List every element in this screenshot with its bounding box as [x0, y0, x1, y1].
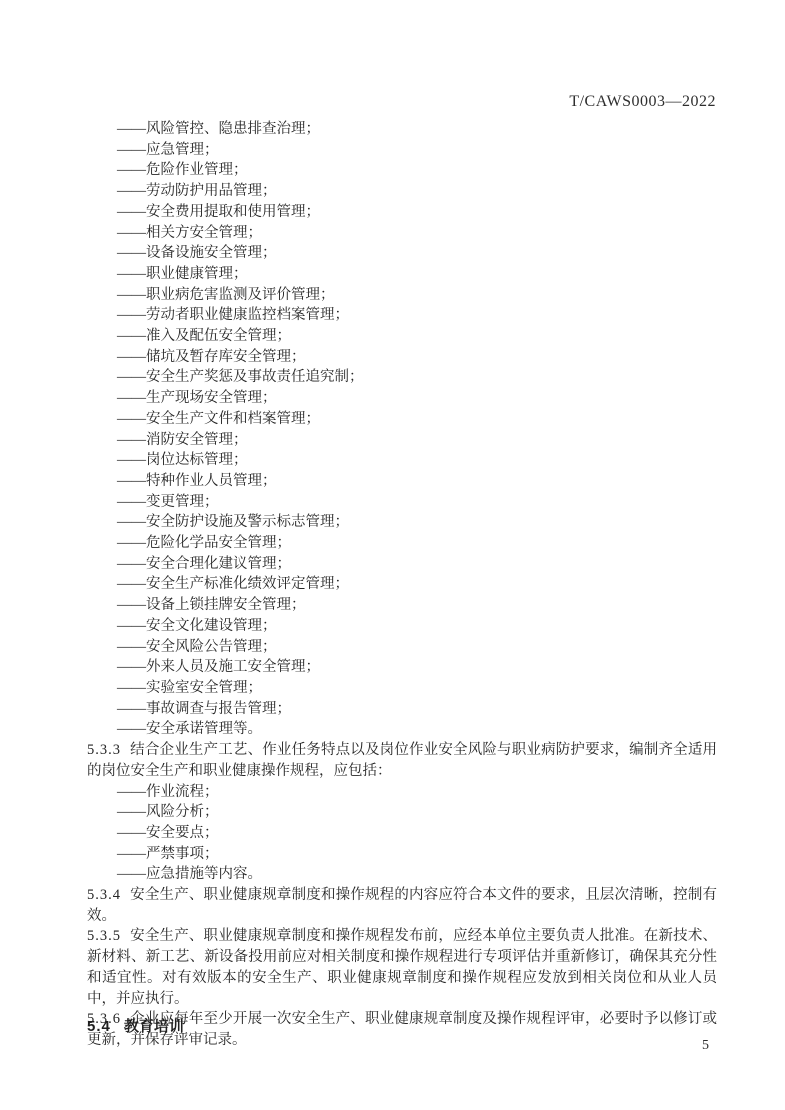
clause-5-3-3: 5.3.3结合企业生产工艺、作业任务特点以及岗位作业安全风险与职业病防护要求，编… [87, 740, 717, 781]
list-item: ——安全合理化建议管理； [87, 554, 717, 575]
document-code-header: T/CAWS0003—2022 [569, 93, 716, 111]
list-item: ——实验室安全管理； [87, 678, 717, 699]
list-item: ——安全要点； [87, 823, 717, 844]
clause-text: 结合企业生产工艺、作业任务特点以及岗位作业安全风险与职业病防护要求，编制齐全适用… [87, 742, 717, 779]
section-number: 5.4 [87, 1018, 111, 1035]
list-item: ——作业流程； [87, 782, 717, 803]
list-item: ——危险化学品安全管理； [87, 533, 717, 554]
list-item: ——风险管控、隐患排查治理； [87, 119, 717, 140]
list-item: ——危险作业管理； [87, 160, 717, 181]
list-item: ——特种作业人员管理； [87, 471, 717, 492]
list-item: ——安全费用提取和使用管理； [87, 202, 717, 223]
list-item: ——消防安全管理； [87, 430, 717, 451]
list-item: ——相关方安全管理； [87, 223, 717, 244]
list-item: ——外来人员及施工安全管理； [87, 657, 717, 678]
clause-number: 5.3.4 [87, 887, 121, 903]
clause-text: 安全生产、职业健康规章制度和操作规程的内容应符合本文件的要求，且层次清晰，控制有… [87, 887, 717, 924]
list-item: ——职业病危害监测及评价管理； [87, 285, 717, 306]
section-title: 教育培训 [124, 1018, 184, 1035]
document-body: ——风险管控、隐患排查治理；——应急管理；——危险作业管理；——劳动防护用品管理… [87, 119, 717, 1051]
list-item: ——劳动防护用品管理； [87, 181, 717, 202]
list-item: ——生产现场安全管理； [87, 388, 717, 409]
management-system-clause-list: ——风险管控、隐患排查治理；——应急管理；——危险作业管理；——劳动防护用品管理… [87, 119, 717, 740]
list-item: ——设备上锁挂牌安全管理； [87, 595, 717, 616]
page-number: 5 [702, 1038, 709, 1054]
list-item: ——劳动者职业健康监控档案管理； [87, 305, 717, 326]
operating-procedure-list: ——作业流程；——风险分析；——安全要点；——严禁事项；——应急措施等内容。 [87, 782, 717, 886]
list-item: ——安全承诺管理等。 [87, 719, 717, 740]
list-item: ——安全生产奖惩及事故责任追究制； [87, 367, 717, 388]
clause-5-3-4: 5.3.4安全生产、职业健康规章制度和操作规程的内容应符合本文件的要求，且层次清… [87, 885, 717, 926]
clause-number: 5.3.3 [87, 742, 121, 758]
list-item: ——应急措施等内容。 [87, 864, 717, 885]
list-item: ——安全文化建设管理； [87, 616, 717, 637]
document-page: T/CAWS0003—2022 ——风险管控、隐患排查治理；——应急管理；——危… [0, 0, 785, 1110]
list-item: ——安全风险公告管理； [87, 637, 717, 658]
list-item: ——设备设施安全管理； [87, 243, 717, 264]
list-item: ——安全生产文件和档案管理； [87, 409, 717, 430]
list-item: ——安全防护设施及警示标志管理； [87, 512, 717, 533]
list-item: ——职业健康管理； [87, 264, 717, 285]
list-item: ——储坑及暂存库安全管理； [87, 347, 717, 368]
clause-5-3-5: 5.3.5安全生产、职业健康规章制度和操作规程发布前，应经本单位主要负责人批准。… [87, 926, 717, 1009]
section-heading-5-4: 5.4教育培训 [87, 1015, 184, 1036]
list-item: ——风险分析； [87, 802, 717, 823]
list-item: ——岗位达标管理； [87, 450, 717, 471]
list-item: ——事故调查与报告管理； [87, 699, 717, 720]
list-item: ——安全生产标准化绩效评定管理； [87, 574, 717, 595]
clause-text: 安全生产、职业健康规章制度和操作规程发布前，应经本单位主要负责人批准。在新技术、… [87, 928, 717, 1006]
list-item: ——准入及配伍安全管理； [87, 326, 717, 347]
list-item: ——变更管理； [87, 492, 717, 513]
clause-number: 5.3.5 [87, 928, 121, 944]
list-item: ——应急管理； [87, 140, 717, 161]
list-item: ——严禁事项； [87, 844, 717, 865]
